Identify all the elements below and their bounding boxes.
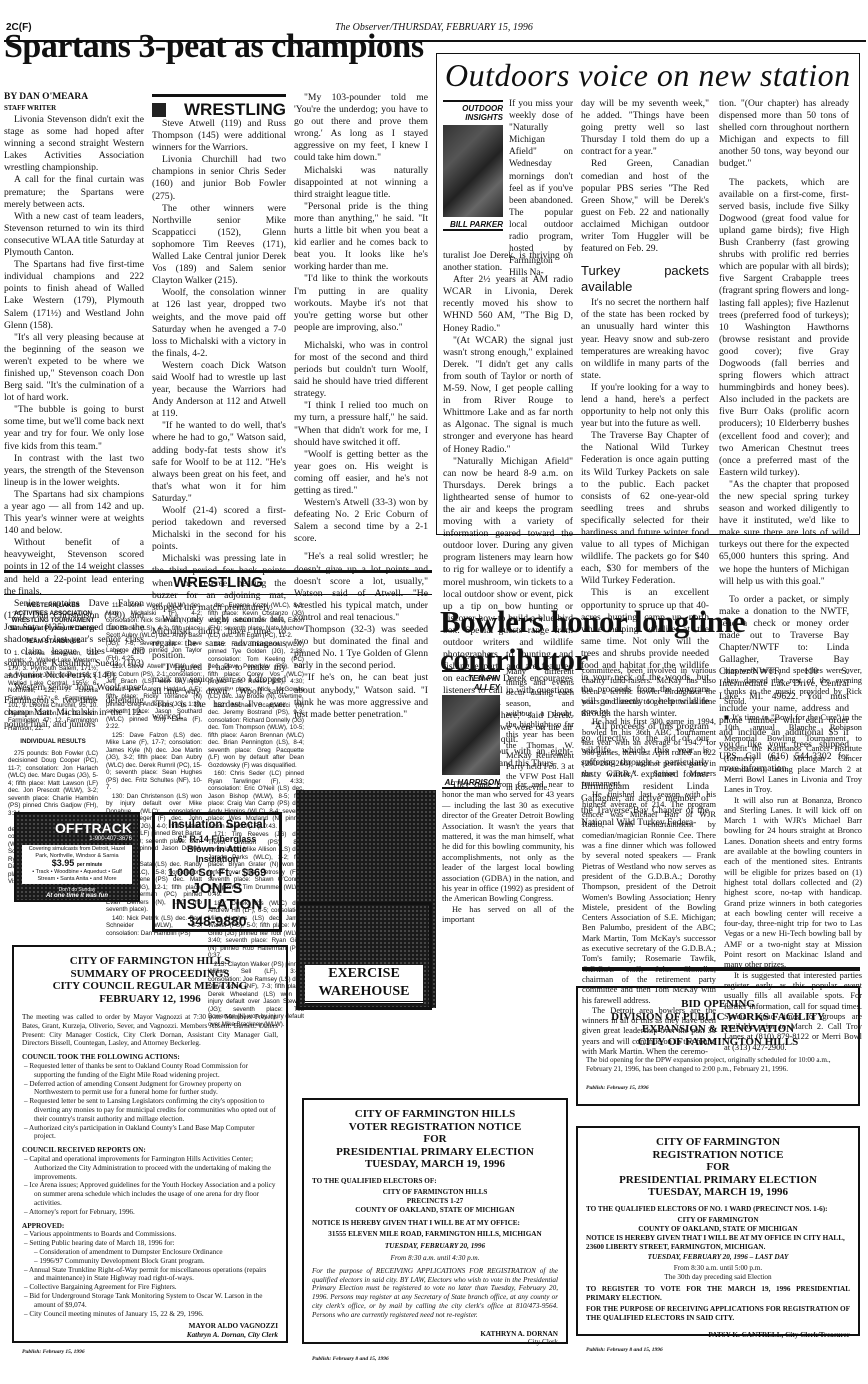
notice-title-line: TUESDAY, MARCH 19, 1996 — [312, 1158, 558, 1171]
paragraph: They came from far and near to honor the… — [442, 780, 574, 905]
notice-register: TO REGISTER TO VOTE FOR THE MARCH 19, 19… — [586, 1285, 850, 1303]
paragraph: Michalski was naturally disappointed at … — [294, 165, 428, 201]
paragraph: The Spartans had six champions a year ag… — [4, 489, 144, 537]
ad-tagline: At one time it was fun — [16, 893, 138, 899]
individual-results-head: INDIVIDUAL RESULTS — [8, 738, 98, 746]
paragraph: Livonia Stevenson didn't exit the stage … — [4, 114, 144, 174]
paragraph: It's no secret the northern half of the … — [581, 297, 709, 382]
notice-purpose: FOR THE PURPOSE OF RECEIVING APPLICATION… — [586, 1305, 850, 1323]
results-title-line: WESTERN LAKES — [8, 602, 98, 610]
action-item: Requested letter be sent to Lansing Legi… — [29, 1097, 275, 1123]
publish-date: Publish: February 15, 1996 — [586, 1084, 850, 1093]
bowlers-lead-wrap: Many different things and events occur d… — [506, 666, 574, 792]
notice-title-line: EXPANSION & RENOVATION — [586, 1023, 850, 1036]
paragraph: Western coach Dick Watson said Woolf had… — [152, 360, 286, 420]
notice-title-line: DIVISION OF PUBLIC WORKS FACILITY — [586, 1011, 850, 1024]
paragraph: The Traverse Bay Chapter of the National… — [581, 430, 709, 587]
paragraph: Steve Atwell (119) and Russ Thompson (14… — [152, 118, 286, 154]
actions-head: COUNCIL TOOK THE FOLLOWING ACTIONS: — [22, 1053, 278, 1062]
notice-hours: From 8:30 a.m. until 5:00 p.m. — [586, 1264, 850, 1273]
ad-line: Insulation — [155, 854, 279, 864]
actions-list: – Requested letter of thanks be sent to … — [22, 1062, 278, 1141]
paragraph: Woolf, the consolation winner at 126 las… — [152, 287, 286, 360]
approved-item: Setting Public hearing date of March 18,… — [29, 1239, 174, 1247]
subhead-turkey-packets: Turkey packets available — [581, 263, 709, 295]
insulation-ad[interactable]: Insulation Special 6" R-14 Fiberglass Bl… — [152, 812, 282, 932]
approved-item: Bid for Underground Storage Tank Monitor… — [29, 1292, 262, 1309]
results-banner: WRESTLING — [4, 574, 432, 592]
ad-company-2: INSULATION — [155, 897, 279, 913]
paragraph: "As the chapter that proposed the new sp… — [719, 479, 849, 588]
ad-phone: 348-9880 — [155, 913, 279, 929]
paragraph: Thompson (32-3) was seeded two but domin… — [294, 624, 428, 672]
notice-title-line: PRESIDENTIAL PRIMARY ELECTION — [586, 1174, 850, 1187]
ad-coverage: Covering simulcasts from Detroit, Hazel … — [23, 846, 131, 860]
ad-title: Insulation Special — [155, 819, 279, 831]
notice-title-line: CITY OF FARMINGTON HILLS — [312, 1108, 558, 1121]
paragraph: "If he wanted to do well, that's where h… — [152, 420, 286, 505]
action-item: Deferred action of amending Consent Judg… — [29, 1080, 241, 1097]
notice-date: TUESDAY, FEBRUARY 20, 1996 – LAST DAY — [586, 1253, 850, 1262]
paragraph: "(At WCAR) the signal just wasn't strong… — [443, 335, 573, 456]
notice-title-line: CITY OF FARMINGTON HILLS — [22, 955, 278, 968]
paragraph: "I'd like to think the workouts I'm putt… — [294, 273, 428, 333]
result-entry: dec. Eugene Kozol (WLC), 8-3; fifth plac… — [208, 602, 304, 640]
kicker-label: WRESTLING — [184, 100, 286, 120]
paragraph: Western's Atwell (33-3) won by defeating… — [294, 497, 428, 545]
author-name: BILL PARKER — [443, 220, 503, 229]
publish-date: Publish: February 15, 1996 — [22, 1348, 278, 1357]
notice-title-line: TUESDAY, MARCH 19, 1996 — [586, 1186, 850, 1199]
headline-spartans: Spartans 3-peat as champions — [4, 27, 424, 67]
paragraph: In contrast with the last two years, the… — [4, 453, 144, 489]
paragraph: "If he's on, he can beat just about anyb… — [294, 672, 428, 720]
approved-item: City Council meeting minutes of January … — [29, 1310, 203, 1318]
spartans-column-3: "My 103-pounder told me 'You're the unde… — [294, 92, 428, 721]
notice-hours: From 8:30 a.m. until 4:30 p.m. — [312, 1254, 558, 1263]
council-proceedings-notice: CITY OF FARMINGTON HILLS SUMMARY OF PROC… — [12, 945, 288, 1343]
notice-title-line: CITY COUNCIL REGULAR MEETING — [22, 980, 278, 993]
notice-hours-note: The 30th day preceding said Election — [586, 1273, 850, 1282]
ad-brand: OFFTRACK — [16, 820, 138, 836]
notice-line: COUNTY OF OAKLAND, STATE OF MICHIGAN — [586, 1225, 850, 1234]
notice-line: NOTICE IS HEREBY GIVEN THAT I WILL BE AT… — [312, 1219, 558, 1228]
notice-title-line: FEBRUARY 12, 1996 — [22, 993, 278, 1006]
voter-registration-farmington: CITY OF FARMINGTON REGISTRATION NOTICE F… — [576, 1126, 860, 1336]
results-title-line: ACTIVITIES ASSOCIATION — [8, 610, 98, 618]
results-top-rule — [4, 570, 432, 573]
paragraph: day will be my seventh week," he added. … — [581, 98, 709, 158]
ad-line: Blown In Attic — [155, 844, 279, 854]
paragraph: Michalski, who was in control for most o… — [294, 340, 428, 400]
ad-line: 6" R-14 Fiberglass — [155, 834, 279, 844]
paragraph: Woolf (21-4) scored a first-period taked… — [152, 505, 286, 553]
paragraph: "It's all very pleasing because at the b… — [4, 332, 144, 405]
notice-to: TO THE QUALIFIED ELECTORS OF: — [312, 1177, 558, 1186]
notice-body: The bid opening for the DPW expansion pr… — [586, 1056, 850, 1074]
signature-title: City Clerk — [312, 1338, 558, 1347]
results-title-line: Saturday at Plymouth Canton — [8, 625, 98, 633]
paragraph: "My 103-pounder told me 'You're the unde… — [294, 92, 428, 165]
signature-clerk: KATHRYN A. DORNAN — [312, 1330, 558, 1339]
signature-mayor: MAYOR ALDO VAGNOZZI — [22, 1322, 278, 1331]
paragraph: Livonia Churchill had two champions in s… — [152, 154, 286, 202]
notice-title-line: BID OPENING — [586, 998, 850, 1011]
result-entry: 125: Dave Falzon (LS) dec. Mike Lane (F)… — [106, 732, 202, 792]
paragraph: "Woolf is getting better as the year goe… — [294, 449, 428, 497]
notice-title-line: VOTER REGISTRATION NOTICE — [312, 1121, 558, 1134]
paragraph: He finished last season with his highest… — [582, 790, 716, 1006]
offtrack-ad[interactable]: OFFTRACK 1-900-407-3676 Covering simulca… — [14, 812, 140, 902]
notice-title-line: CITY OF FARMINGTON — [586, 1136, 850, 1149]
notice-body: For the purpose of RECEIVING APPLICATION… — [312, 1267, 558, 1320]
author-photo — [443, 125, 503, 217]
notice-line: NOTICE IS HEREBY GIVEN THAT I WILL BE AT… — [586, 1234, 850, 1252]
paragraph: The Spartans had five first-time individ… — [4, 259, 144, 332]
paragraph: With a new cast of team leaders, Stevens… — [4, 211, 144, 259]
paragraph: He has served on all of the important — [442, 905, 574, 926]
paragraph: After 2½ years at AM radio WCAR in Livon… — [443, 274, 573, 334]
reports-head: COUNCIL RECEIVED REPORTS ON: — [22, 1146, 278, 1155]
notice-title-line: PRESIDENTIAL PRIMARY ELECTION — [312, 1146, 558, 1159]
column-mug: OUTDOOR INSIGHTS BILL PARKER — [443, 100, 503, 231]
action-item: Authorized city's participation in Oakla… — [29, 1124, 255, 1141]
notice-title-line: FOR — [586, 1161, 850, 1174]
reports-list: – Capital and operational improvements f… — [22, 1155, 278, 1217]
paragraph: committees, been involved in various cha… — [582, 666, 716, 717]
notice-line: CITY OF FARMINGTON — [586, 1216, 850, 1225]
column-mug: TEN-PIN ALLEY AL HARRISON — [442, 670, 500, 789]
ad-price: $3.95 — [52, 858, 75, 868]
exercise-warehouse-ad[interactable]: EXERCISE WAREHOUSE — [296, 902, 432, 1010]
notice-address: 31555 ELEVEN MILE ROAD, FARMINGTON HILLS… — [312, 1230, 558, 1239]
notice-intro: The meeting was called to order by Mayor… — [22, 1013, 278, 1048]
result-entry: 119: Steve Atwell (WLW) dec. Eric Coburn… — [106, 663, 202, 731]
ad-price-unit: per minute — [77, 862, 103, 868]
report-item: Attorney's report for February, 1996. — [29, 1208, 135, 1216]
notice-title-line: FOR — [312, 1133, 558, 1146]
approved-item: Various appointments to Boards and Commi… — [29, 1230, 176, 1238]
paragraph: "I think I relied too much on my turn, a… — [294, 400, 428, 448]
team-standings-head: TEAM STANDINGS — [8, 638, 98, 646]
notice-line: COUNTY OF OAKLAND, STATE OF MICHIGAN — [312, 1206, 558, 1215]
paragraph: A call for the final curtain was prematu… — [4, 174, 144, 210]
signature-clerk: Kathryn A. Dornan, City Clerk — [22, 1331, 278, 1340]
voter-registration-farmington-hills: CITY OF FARMINGTON HILLS VOTER REGISTRAT… — [302, 1098, 568, 1344]
bid-opening-notice: BID OPENING DIVISION OF PUBLIC WORKS FAC… — [576, 986, 860, 1106]
paragraph: He had his first 300 game in 1994, bowle… — [582, 717, 716, 789]
approved-item: Collective Bargaining Agreement for Fire… — [29, 1283, 176, 1291]
notice-title-line: SUMMARY OF PROCEEDINGS — [22, 968, 278, 981]
outdoors-article-box: Outdoors voice on new station OUTDOOR IN… — [436, 53, 860, 535]
ad-company: JONES — [155, 881, 279, 897]
publish-date: Publish: February 8 and 15, 1996 — [312, 1355, 558, 1364]
paragraph: It will also run at Bonanza, Bronco and … — [724, 796, 862, 971]
action-item: Requested letter of thanks be sent to Oa… — [29, 1062, 248, 1079]
square-bullet-icon — [152, 103, 166, 117]
notice-to: TO THE QUALIFIED ELECTORS OF NO. 1 WARD … — [586, 1205, 850, 1214]
result-entry: 145: Russ Thompson (WLW) pinned Tye Gold… — [208, 641, 304, 701]
paragraph: Red Green, Canadian comedian and host of… — [581, 158, 709, 255]
notice-date: TUESDAY, FEBRUARY 20, 1996 — [312, 1242, 558, 1251]
result-entry: 275 pounds: Bob Fowler (LC) decisioned D… — [8, 750, 98, 818]
report-item: Capital and operational improvements for… — [29, 1155, 271, 1181]
section-rule — [582, 967, 860, 971]
approved-item: Annual State Trunkline Right-of-Way perm… — [29, 1266, 266, 1283]
notice-title-line: REGISTRATION NOTICE — [586, 1149, 850, 1162]
byline: BY DAN O'MEARA STAFF WRITER — [4, 92, 144, 114]
ad-tracks: • Track • Woodbine • Aqueduct • Gulf Str… — [23, 869, 131, 883]
publish-date: Publish: February 8 and 15, 1996 — [586, 1346, 850, 1355]
report-item: Ice Arena issues; Approved guidelines fo… — [29, 1181, 275, 1207]
results-bottom-rule — [4, 594, 432, 595]
headline-outdoors: Outdoors voice on new station — [437, 54, 859, 93]
paragraph: "Personal pride is the thing more than a… — [294, 201, 428, 274]
notice-line: PRECINCTS 1-27 — [312, 1197, 558, 1206]
results-title-line: WRESTLING TOURNAMENT — [8, 617, 98, 625]
paragraph: turalist Joe Derek, is thriving on anoth… — [443, 250, 573, 274]
signature-clerk: PATSY K. CANTRELL, City Clerk/Treasurer — [586, 1331, 850, 1340]
approved-item: – 1996/97 Community Development Block Gr… — [34, 1257, 205, 1265]
ad-phone: 1-900-407-3676 — [16, 836, 138, 842]
result-entry: 152: Michael Scappaticci (N) dec. Jeremy… — [208, 702, 304, 770]
team-standings-text: 1. Livonia Stevenson, 222 points; 2. Wal… — [8, 650, 98, 733]
column-label: TEN-PIN ALLEY — [442, 674, 500, 692]
notice-line: CITY OF FARMINGTON HILLS — [312, 1188, 558, 1197]
ad-price: 1,000 Sq. Ft. - $369 — [155, 867, 279, 879]
paragraph: The packets, which are available on a fi… — [719, 177, 849, 479]
paragraph: If you're looking for a way to lend a ha… — [581, 382, 709, 430]
paragraph: "The bubble is going to burst some time,… — [4, 404, 144, 452]
column-label: OUTDOOR INSIGHTS — [443, 104, 503, 122]
notice-title-line: CITY OF FARMINGTON HILLS — [586, 1036, 850, 1049]
approved-head: APPROVED: — [22, 1222, 278, 1231]
paragraph: nies were over and speeches were over, t… — [724, 666, 862, 707]
approved-list: – Various appointments to Boards and Com… — [22, 1230, 278, 1318]
byline-role: STAFF WRITER — [4, 103, 144, 114]
author-photo — [442, 695, 500, 775]
ad-name: EXERCISE WAREHOUSE — [305, 965, 423, 1004]
wrestling-kicker: WRESTLING — [152, 94, 286, 120]
paragraph: ■ It's time to "Bowl for the Cure" in th… — [724, 713, 862, 795]
result-entry: 112: John Woolf (WLW) dec. Matt Michalsk… — [106, 602, 202, 662]
approved-item: – Consideration of amendment to Dumpster… — [34, 1248, 223, 1256]
paragraph: The other winners were Northville senior… — [152, 203, 286, 288]
byline-author: BY DAN O'MEARA — [4, 92, 144, 103]
paragraph: tion. "(Our chapter) has already dispens… — [719, 98, 849, 171]
bowlers-column-1: They came from far and near to honor the… — [442, 780, 574, 926]
